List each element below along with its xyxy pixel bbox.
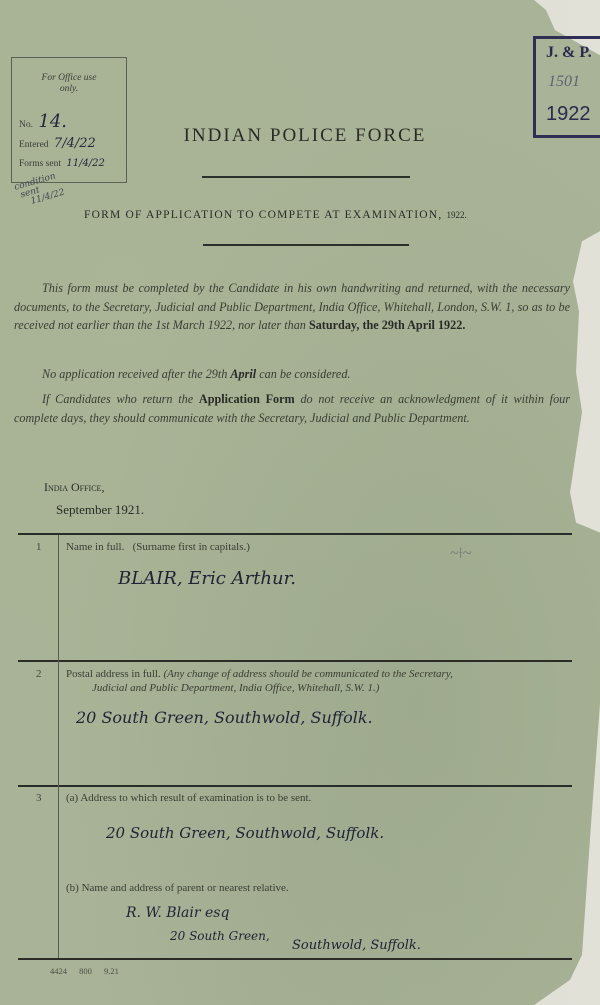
section-divider	[18, 660, 572, 662]
question-3a-answer-address: 20 South Green, Southwold, Suffolk.	[106, 824, 384, 842]
question-3a-label: (a) Address to which result of examinati…	[66, 792, 311, 805]
form-subtitle: FORM OF APPLICATION TO COMPETE AT EXAMIN…	[84, 209, 467, 221]
issuer-date: September 1921.	[56, 502, 144, 518]
issuer-office: India Office,	[44, 480, 104, 495]
instruction-paragraph-2: No application received after the 29th A…	[14, 365, 570, 384]
title-rule	[202, 176, 410, 178]
question-3b-answer-street: 20 South Green,	[170, 929, 270, 943]
question-number-column-line	[58, 535, 59, 958]
section-divider	[18, 958, 572, 960]
question-1-answer-name: BLAIR, Eric Arthur.	[118, 568, 296, 589]
question-1-number: 1	[36, 541, 42, 553]
section-divider	[18, 533, 572, 535]
question-2-label: Postal address in full. (Any change of a…	[66, 668, 574, 681]
pencil-mark: ~⟊~	[450, 545, 471, 563]
question-3-number: 3	[36, 792, 42, 804]
office-use-box: For Office use only. No. 14. Entered 7/4…	[11, 57, 127, 183]
page-title: INDIAN POLICE FORCE	[0, 125, 600, 147]
question-3b-answer-name: R. W. Blair esq	[126, 905, 229, 921]
office-use-header: For Office use only.	[12, 73, 126, 95]
section-divider	[18, 785, 572, 787]
question-3b-label: (b) Name and address of parent or neares…	[66, 882, 289, 895]
question-2-number: 2	[36, 668, 42, 680]
instruction-paragraph-3: If Candidates who return the Application…	[14, 390, 570, 427]
subtitle-rule	[203, 244, 409, 246]
archive-stamp: J. & P. 1501 1922	[533, 36, 600, 138]
print-code-footer: 4424 800 9.21	[50, 966, 119, 976]
question-1-label: Name in full. (Surname first in capitals…	[66, 541, 250, 554]
question-2-answer-address: 20 South Green, Southwold, Suffolk.	[76, 708, 373, 727]
forms-sent-row: Forms sent 11/4/22	[19, 158, 105, 169]
instruction-paragraph-1: This form must be completed by the Candi…	[14, 279, 570, 335]
question-2-note-continued: Judicial and Public Department, India Of…	[92, 682, 379, 695]
question-3b-answer-town: Southwold, Suffolk.	[292, 938, 421, 953]
